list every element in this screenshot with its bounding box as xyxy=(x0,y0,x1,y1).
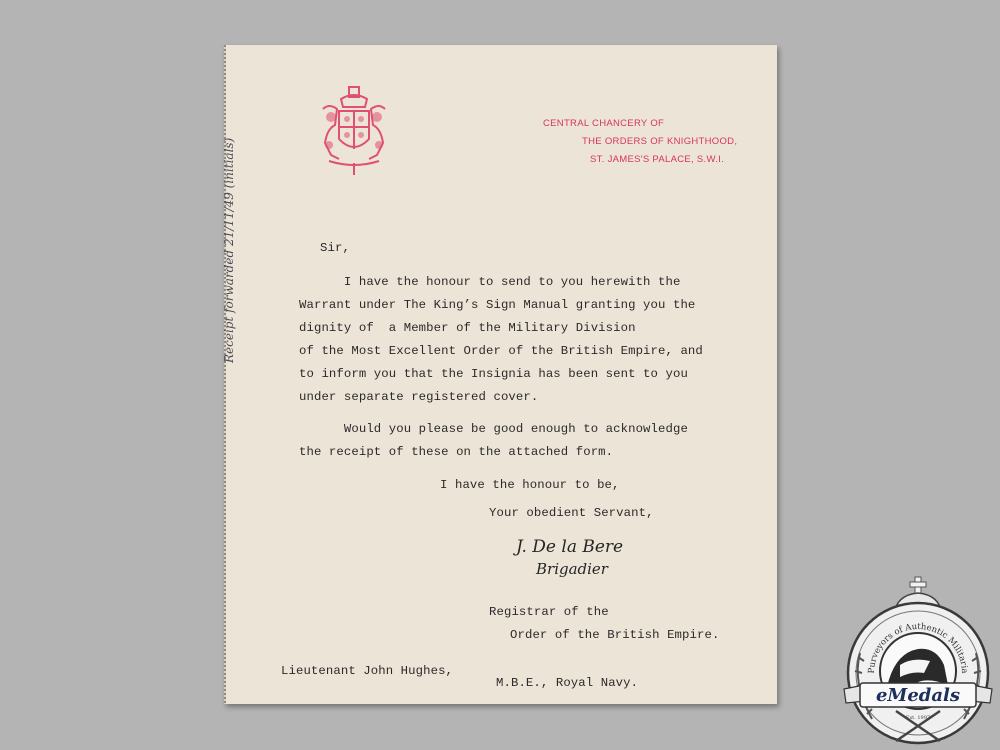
letter-paper: CENTRAL CHANCERY OF THE ORDERS OF KNIGHT… xyxy=(224,45,777,704)
paragraph-1-line: to inform you that the Insignia has been… xyxy=(299,367,688,381)
recipient-line-1: Lieutenant John Hughes, xyxy=(281,664,453,678)
recipient-line-2: M.B.E., Royal Navy. xyxy=(496,676,638,690)
paragraph-1-line: Warrant under The King’s Sign Manual gra… xyxy=(299,298,695,312)
closing-line-2: Your obedient Servant, xyxy=(489,506,654,520)
paragraph-1-line: of the Most Excellent Order of the Briti… xyxy=(299,344,703,358)
closing-line-1: I have the honour to be, xyxy=(440,478,620,492)
paragraph-2-line: the receipt of these on the attached for… xyxy=(299,445,613,459)
paragraph-2-line: Would you please be good enough to ackno… xyxy=(299,422,688,436)
paragraph-1-line: I have the honour to send to you herewit… xyxy=(299,275,680,289)
paragraph-1-line: under separate registered cover. xyxy=(299,390,538,404)
emedals-brand-text: eMedals xyxy=(876,685,960,706)
registrar-title-2: Order of the British Empire. xyxy=(510,628,719,642)
emedals-watermark-logo: eMedals Est. 1997 Purveyors of Authentic… xyxy=(838,573,998,749)
signature-rank: Brigadier xyxy=(536,560,608,578)
signature-name: J. De la Bere xyxy=(516,537,623,557)
handwritten-margin-note: Receipt forwarded 21/11/49 (initials) xyxy=(222,133,236,363)
letterhead-line-2: THE ORDERS OF KNIGHTHOOD, xyxy=(582,136,737,147)
letterhead-line-1: CENTRAL CHANCERY OF xyxy=(543,118,664,129)
letterhead-line-3: ST. JAMES'S PALACE, S.W.I. xyxy=(590,154,724,165)
royal-coat-of-arms-icon xyxy=(319,85,389,177)
registrar-title-1: Registrar of the xyxy=(489,605,609,619)
salutation: Sir, xyxy=(320,241,350,255)
paragraph-1-line: dignity of a Member of the Military Divi… xyxy=(299,321,636,335)
